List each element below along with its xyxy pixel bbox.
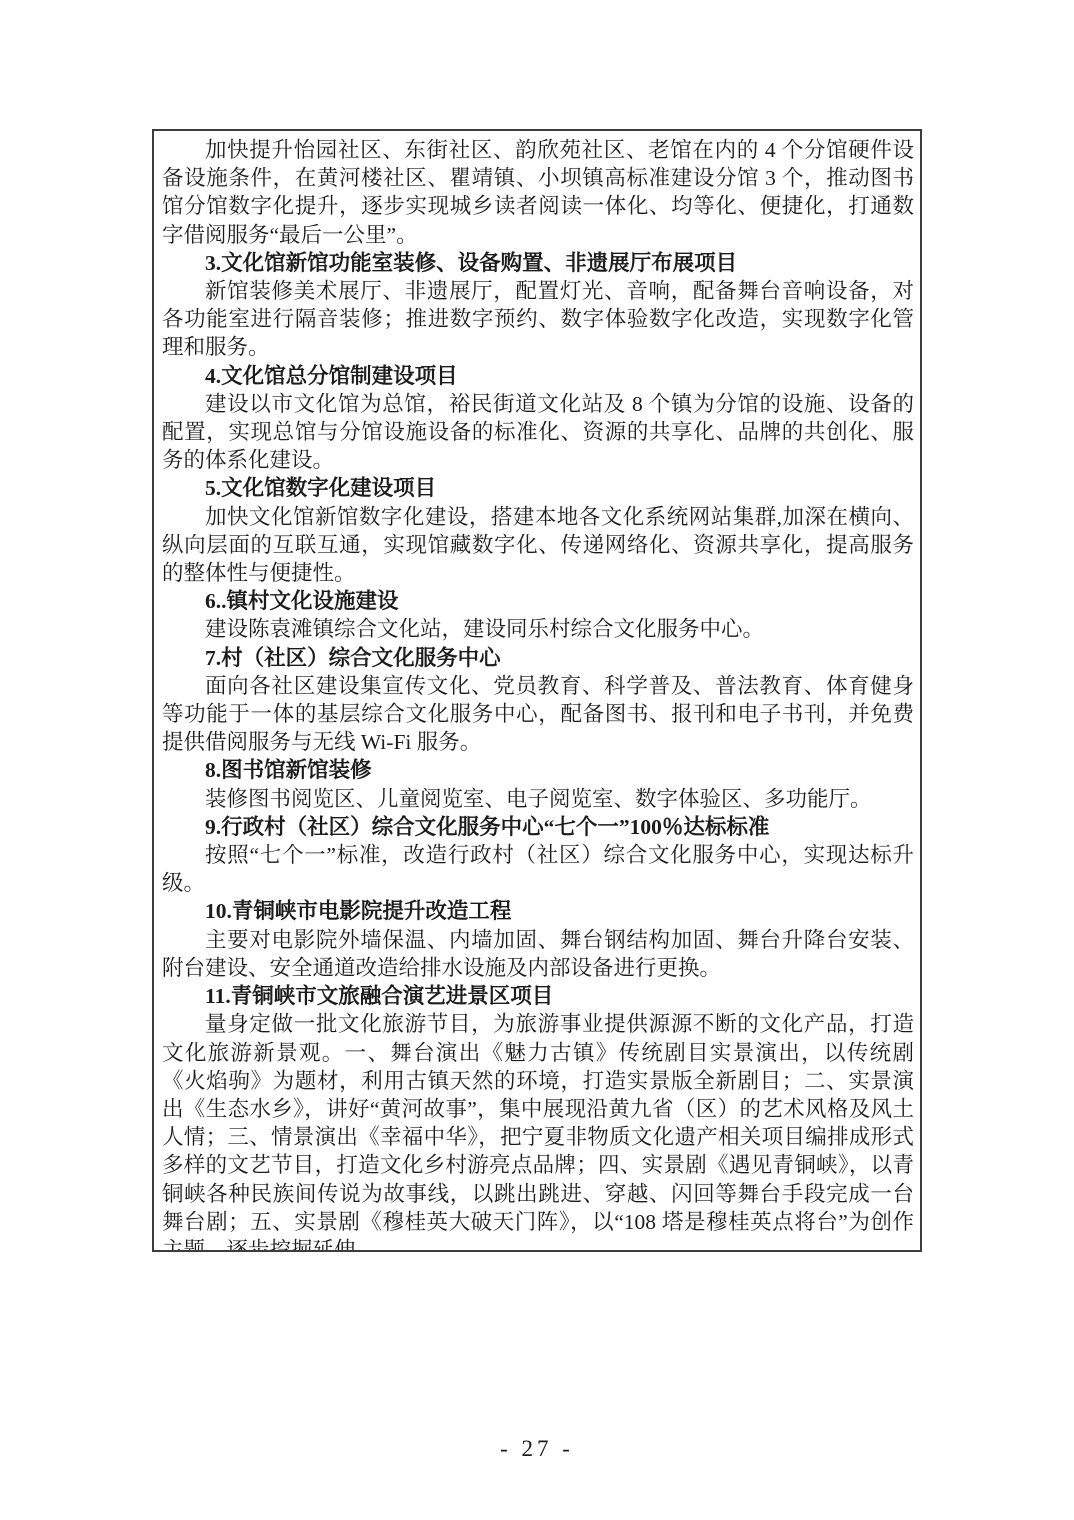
section-heading: 6..镇村文化设施建设 (162, 587, 914, 615)
section-heading: 5.文化馆数字化建设项目 (162, 474, 914, 502)
section-heading: 9.行政村（社区）综合文化服务中心“七个一”100％达标标准 (162, 813, 914, 841)
section-heading: 3.文化馆新馆功能室装修、设备购置、非遗展厅布展项目 (162, 249, 914, 277)
body-paragraph: 装修图书阅览区、儿童阅览室、电子阅览室、数字体验区、多功能厅。 (162, 785, 914, 813)
page: { "document": { "blocks": [ {"type": "pa… (0, 0, 1074, 1520)
body-paragraph: 建设陈袁滩镇综合文化站，建设同乐村综合文化服务中心。 (162, 615, 914, 643)
body-paragraph: 面向各社区建设集宣传文化、党员教育、科学普及、普法教育、体育健身等功能于一体的基… (162, 672, 914, 757)
page-number: - 27 - (0, 1436, 1074, 1462)
section-heading: 10.青铜峡市电影院提升改造工程 (162, 897, 914, 925)
section-heading: 8.图书馆新馆装修 (162, 756, 914, 784)
document-table-cell: 加快提升怡园社区、东街社区、韵欣苑社区、老馆在内的 4 个分馆硬件设备设施条件，… (152, 129, 922, 1252)
section-heading: 7.村（社区）综合文化服务中心 (162, 644, 914, 672)
body-paragraph: 量身定做一批文化旅游节目，为旅游事业提供源源不断的文化产品，打造文化旅游新景观。… (162, 1010, 914, 1252)
body-paragraph: 按照“七个一”标准，改造行政村（社区）综合文化服务中心，实现达标升级。 (162, 841, 914, 897)
body-paragraph: 加快文化馆新馆数字化建设，搭建本地各文化系统网站集群,加深在横向、纵向层面的互联… (162, 503, 914, 588)
section-heading: 11.青铜峡市文旅融合演艺进景区项目 (162, 982, 914, 1010)
body-paragraph: 加快提升怡园社区、东街社区、韵欣苑社区、老馆在内的 4 个分馆硬件设备设施条件，… (162, 136, 914, 249)
body-paragraph: 主要对电影院外墙保温、内墙加固、舞台钢结构加固、舞台升降台安装、附台建设、安全通… (162, 926, 914, 982)
body-paragraph: 建设以市文化馆为总馆，裕民街道文化站及 8 个镇为分馆的设施、设备的配置，实现总… (162, 390, 914, 475)
body-paragraph: 新馆装修美术展厅、非遗展厅，配置灯光、音响，配备舞台音响设备，对各功能室进行隔音… (162, 277, 914, 362)
section-heading: 4.文化馆总分馆制建设项目 (162, 362, 914, 390)
